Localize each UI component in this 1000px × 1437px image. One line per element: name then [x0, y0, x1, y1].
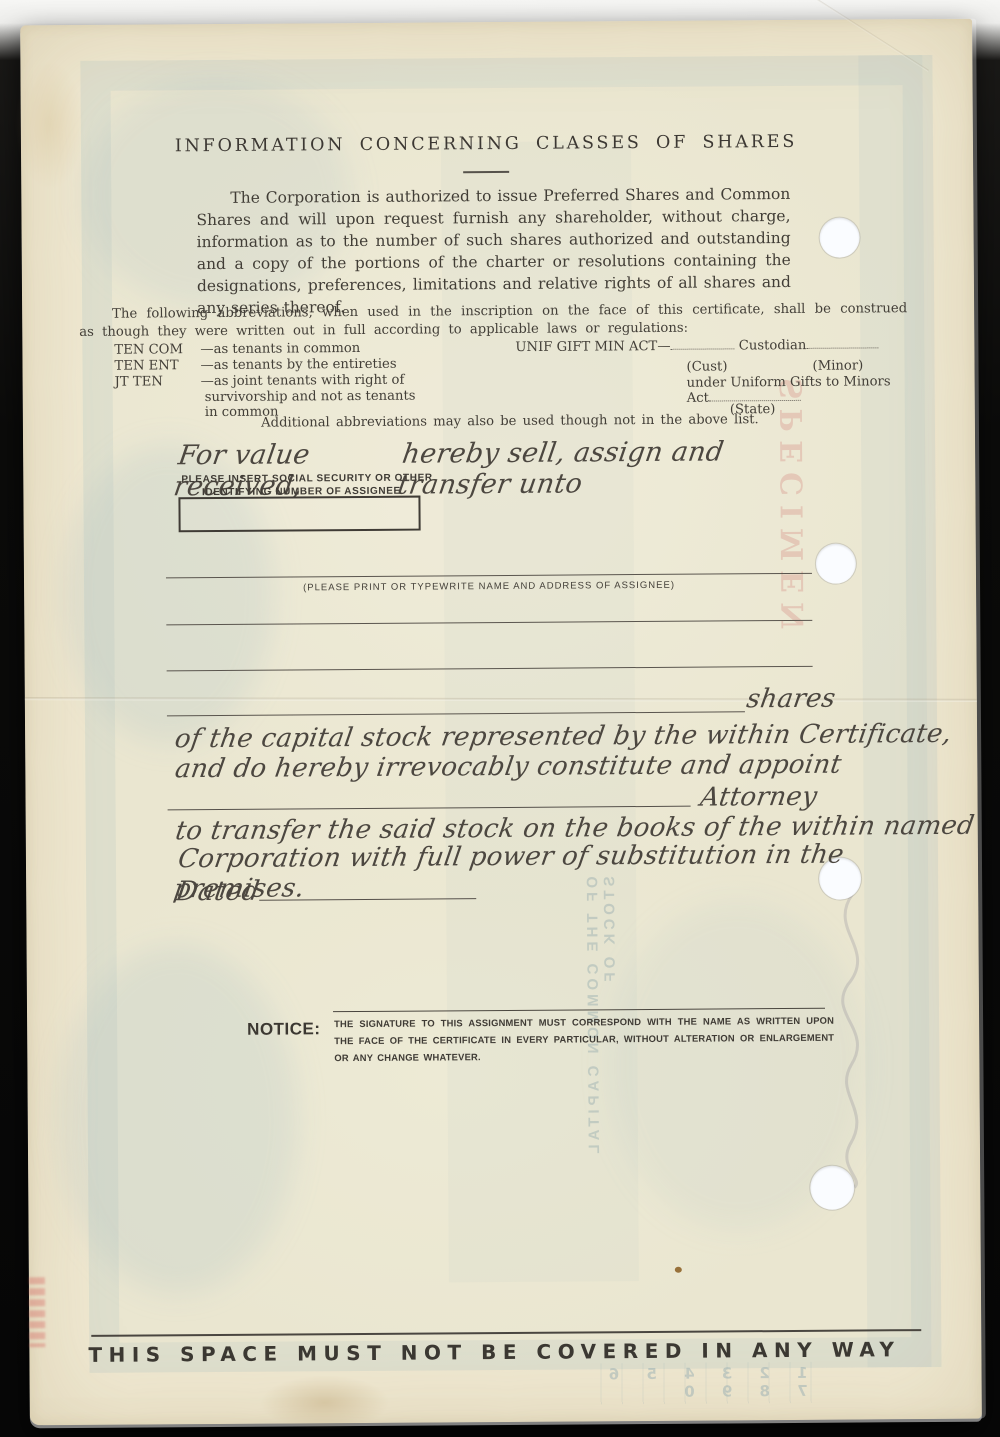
- serial-number-bleedthrough: [29, 1277, 45, 1347]
- notice-label: NOTICE:: [247, 1019, 321, 1040]
- dated-blank-line: [260, 897, 477, 901]
- speck: [675, 1267, 682, 1273]
- abbrev-meaning: —as joint tenants with right of: [201, 373, 405, 389]
- signature-line: [333, 1008, 825, 1012]
- abbreviations-intro: The following abbreviations, when used i…: [79, 300, 907, 341]
- additional-abbreviations-note: Additional abbreviations may also be use…: [223, 412, 797, 431]
- corner-crease: [801, 0, 928, 72]
- attorney-word: Attorney: [699, 782, 820, 813]
- abbrev-meaning: —as tenants by the entireties: [200, 357, 396, 373]
- assignee-line-1: [166, 573, 812, 579]
- ssn-instruction-line-1: PLEASE INSERT SOCIAL SECURITY OR OTHER: [181, 472, 432, 485]
- unif-gift-label: UNIF GIFT MIN ACT—: [515, 339, 670, 355]
- script-constitute: and do hereby irrevocably constitute and…: [175, 750, 841, 785]
- assignee-caption: (PLEASE PRINT OR TYPEWRITE NAME AND ADDR…: [166, 579, 812, 595]
- dated-row: Dated: [176, 874, 476, 907]
- punch-hole: [810, 1166, 854, 1210]
- attorney-blank-line: [168, 805, 691, 811]
- minor-caption: (Minor): [812, 358, 863, 373]
- section-title: INFORMATION CONCERNING CLASSES OF SHARES: [21, 131, 951, 157]
- under-uniform-gifts: under Uniform Gifts to Minors: [687, 374, 891, 390]
- intro-paragraph: The Corporation is authorized to issue P…: [196, 183, 791, 319]
- abbrev-label: TEN COM: [114, 342, 200, 358]
- front-band-bleedthrough: [858, 55, 931, 1367]
- punch-hole: [819, 217, 859, 257]
- abbrev-label: JT TEN: [115, 374, 201, 390]
- abbrev-jt-ten: JT TEN—as joint tenants with right of: [115, 373, 405, 390]
- abbrev-ten-com: TEN COM—as tenants in common: [114, 341, 360, 358]
- number-strip-bleedthrough: 1 2 3 4 5 6 7 8 9 0: [581, 1362, 811, 1405]
- dotted-blank: [709, 390, 801, 402]
- assignee-line-2: [166, 620, 812, 626]
- ssn-box: [178, 496, 420, 533]
- sell-assign-script: hereby sell, assign and transfer unto: [395, 436, 833, 501]
- custodian-label: Custodian: [739, 338, 807, 353]
- assignee-line-4: [167, 711, 745, 716]
- footer-warning: THIS SPACE MUST NOT BE COVERED IN ANY WA…: [29, 1337, 959, 1367]
- stain: [14, 60, 85, 190]
- shares-word: shares: [747, 684, 836, 715]
- assignee-line-3: [167, 666, 813, 672]
- certificate-paper: SPECIMEN OF THE COMMON CAPITAL STOCK OF …: [20, 19, 982, 1426]
- abbrev-label: TEN ENT: [114, 358, 200, 374]
- dotted-blank: [670, 338, 734, 350]
- abbrev-meaning: —as tenants in common: [200, 341, 360, 357]
- vignette-bleedthrough: [57, 943, 299, 1295]
- abbrev-jt-ten-cont: survivorship and not as tenants: [205, 389, 416, 405]
- attorney-row: Attorney: [167, 782, 817, 817]
- footer-rule: [91, 1329, 921, 1337]
- unif-gift-row: UNIF GIFT MIN ACT— Custodian: [515, 337, 878, 355]
- act-label: Act: [687, 391, 709, 406]
- dotted-blank: [806, 337, 878, 349]
- title-rule: [463, 171, 509, 173]
- stain: [260, 1375, 390, 1431]
- cust-caption: (Cust): [686, 359, 727, 374]
- punch-hole: [816, 544, 856, 584]
- abbrev-ten-ent: TEN ENT—as tenants by the entireties: [114, 357, 396, 374]
- notice-text: THE SIGNATURE TO THIS ASSIGNMENT MUST CO…: [334, 1013, 834, 1067]
- dated-word: Dated: [174, 876, 262, 908]
